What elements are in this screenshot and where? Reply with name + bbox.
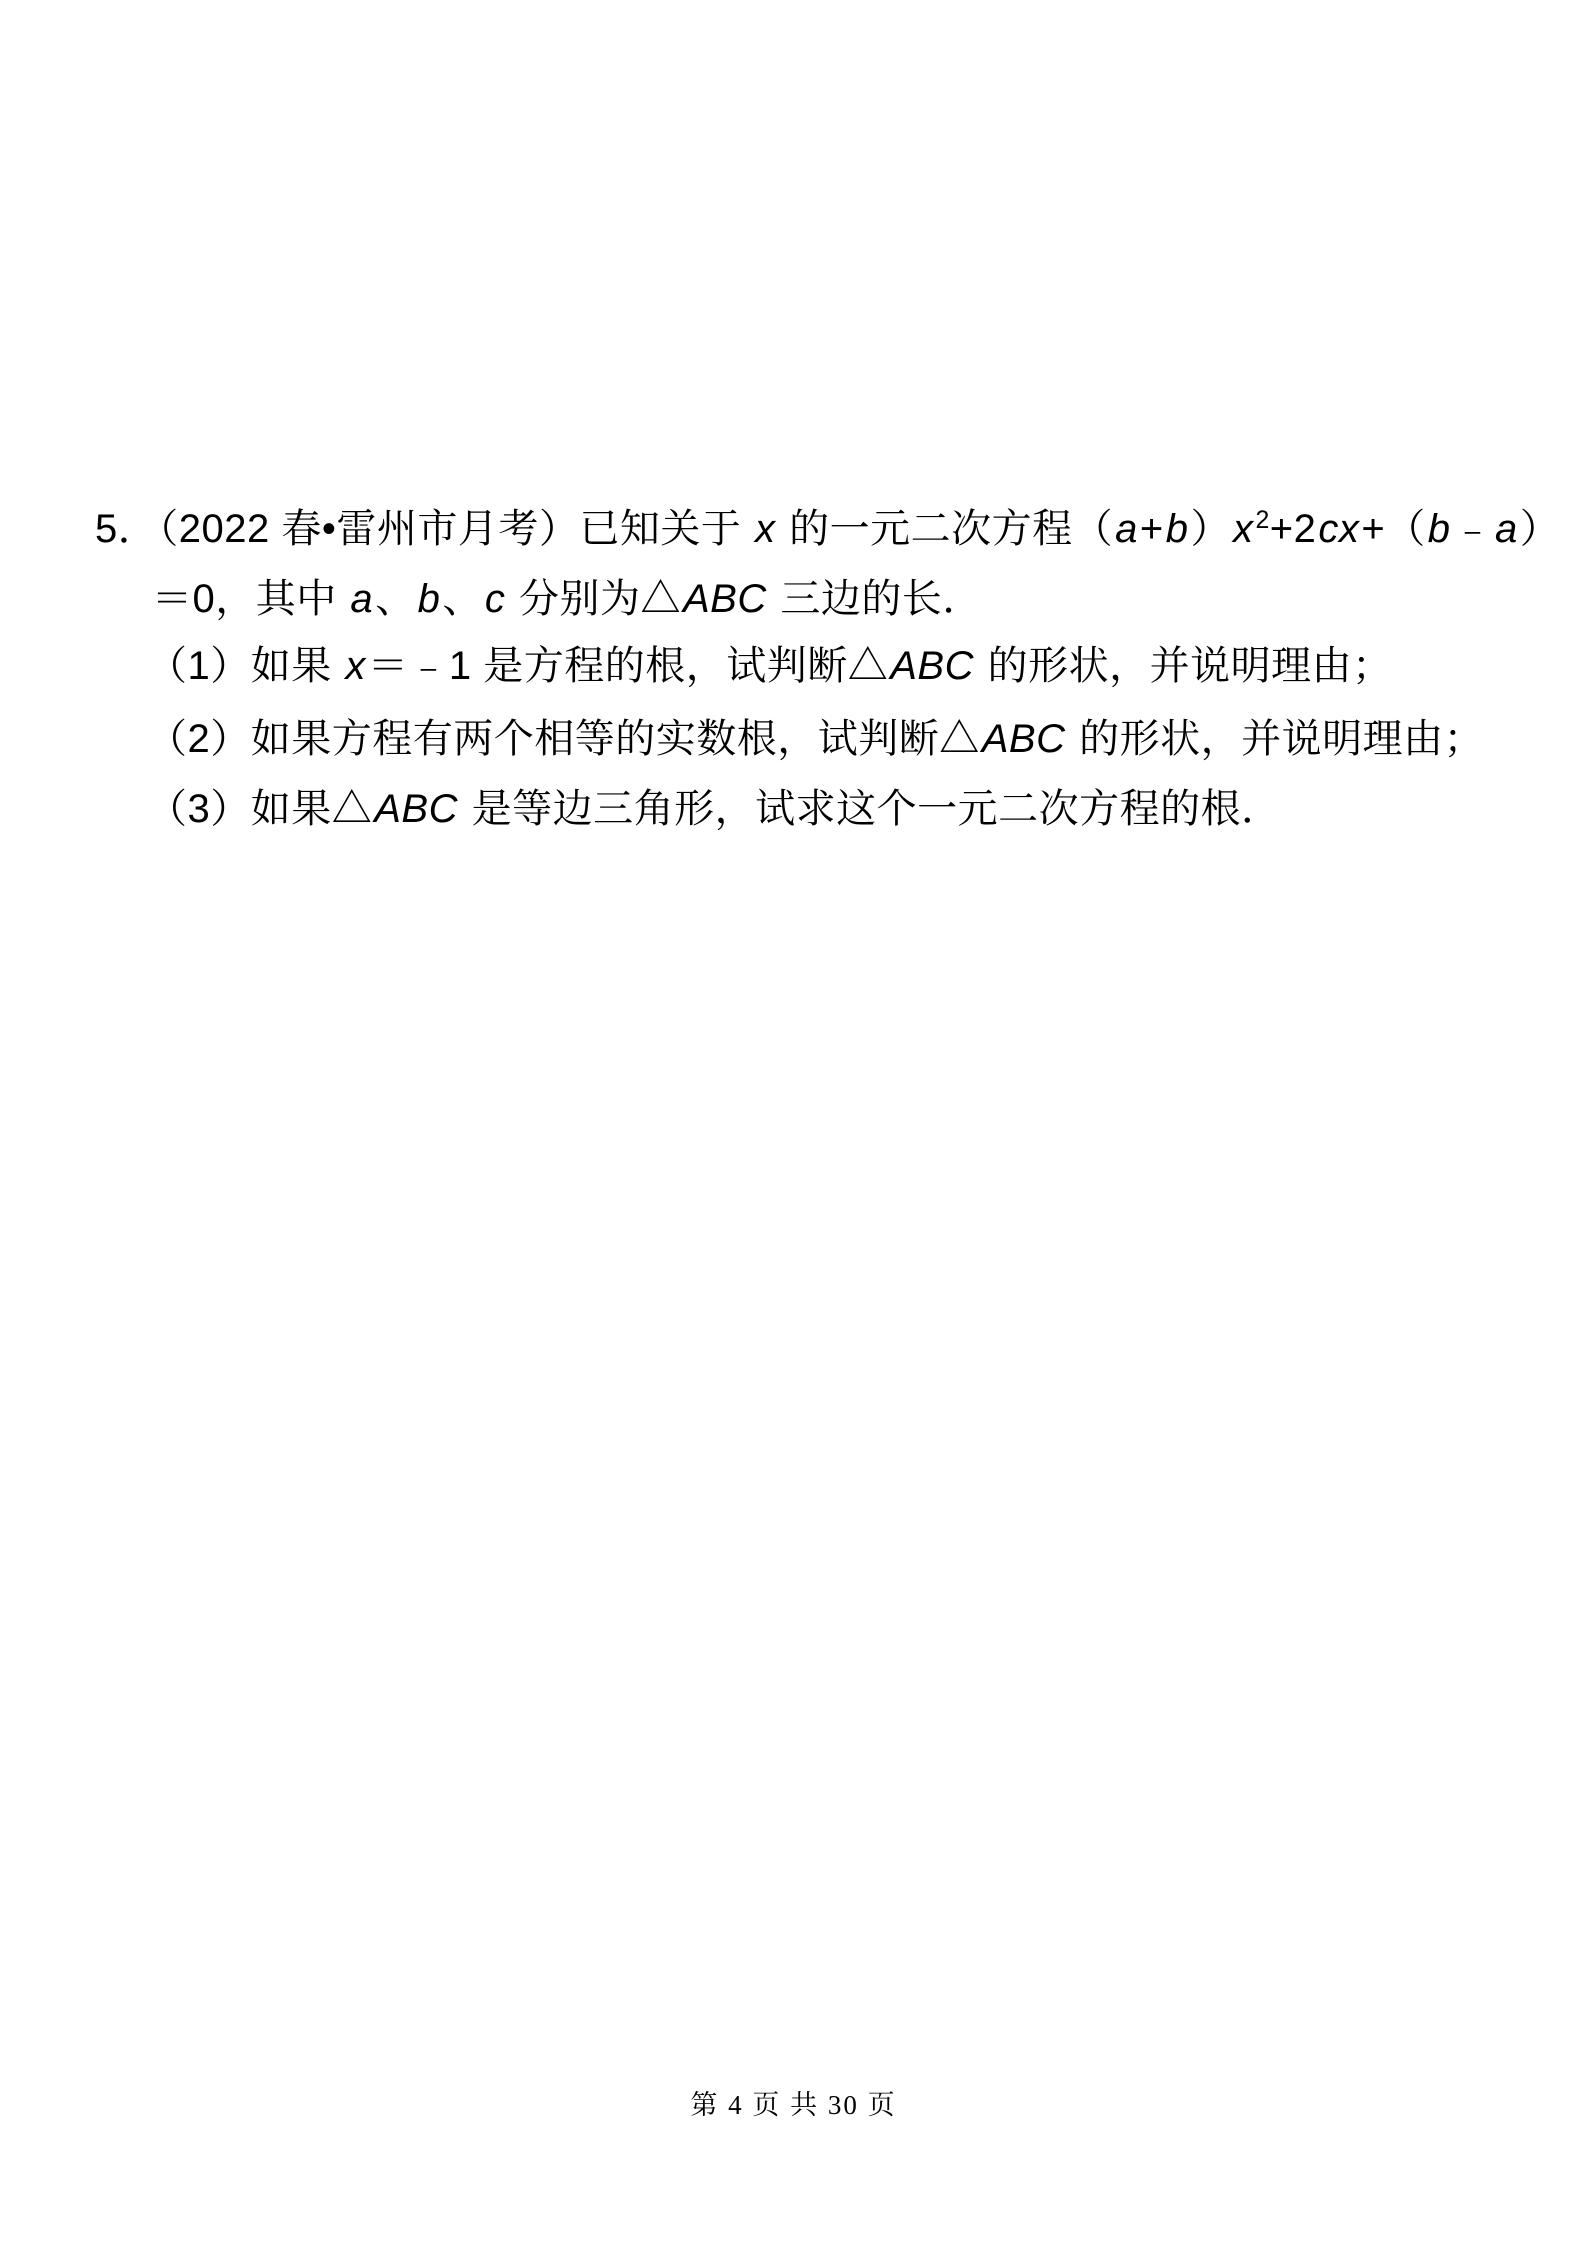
text-segment: （3）如果△ [147, 787, 372, 831]
text-segment: 是等边三角形，试求这个一元二次方程的根． [460, 787, 1282, 831]
text-segment: ＝﹣1 是方程的根，试判断△ [368, 644, 888, 688]
text-segment: 5．（2022 春•雷州市月考）已知关于 [95, 507, 753, 551]
text-segment: （2）如果方程有两个相等的实数根，试判断△ [147, 717, 980, 761]
problem-statement-line-1: 5．（2022 春•雷州市月考）已知关于 x 的一元二次方程（a+b）x2+2c… [95, 503, 1560, 555]
text-segment: 的形状，并说明理由； [976, 644, 1393, 688]
math-variable: c [483, 577, 508, 621]
problem-subquestion-2: （2）如果方程有两个相等的实数根，试判断△ABC 的形状，并说明理由； [147, 713, 1484, 765]
page-footer: 第 4 页 共 30 页 [0, 2083, 1587, 2122]
math-variable: a [348, 577, 375, 621]
math-variable: ABC [681, 577, 769, 621]
math-variable: a [1493, 507, 1520, 551]
math-variable: cx [1316, 507, 1361, 551]
text-segment: 、 [375, 577, 416, 621]
text-segment: 三边的长． [769, 577, 983, 621]
math-variable: ABC [372, 787, 460, 831]
math-variable: x [343, 644, 368, 688]
text-segment: ﹣ [1452, 507, 1493, 551]
text-segment: ） [1520, 507, 1561, 551]
text-segment: +2 [1270, 507, 1317, 551]
text-segment: 的形状，并说明理由； [1068, 717, 1485, 761]
text-segment: ＝0，其中 [152, 577, 348, 621]
problem-subquestion-1: （1）如果 x＝﹣1 是方程的根，试判断△ABC 的形状，并说明理由； [147, 640, 1393, 692]
text-segment: ） [1190, 507, 1231, 551]
math-variable: b [1426, 507, 1453, 551]
math-variable: ABC [888, 644, 976, 688]
text-segment: +（ [1361, 507, 1425, 551]
math-variable: ABC [980, 717, 1068, 761]
text-segment: （1）如果 [147, 644, 343, 688]
math-variable: a [1113, 507, 1140, 551]
math-variable: x [753, 507, 778, 551]
text-segment: 、 [442, 577, 483, 621]
math-variable: b [1164, 507, 1191, 551]
math-variable: b [416, 577, 443, 621]
text-segment: + [1140, 507, 1164, 551]
math-variable: x [1231, 507, 1256, 551]
document-page: 5．（2022 春•雷州市月考）已知关于 x 的一元二次方程（a+b）x2+2c… [0, 0, 1587, 2245]
problem-subquestion-3: （3）如果△ABC 是等边三角形，试求这个一元二次方程的根． [147, 783, 1282, 835]
text-segment: 的一元二次方程（ [777, 507, 1113, 551]
page-number-text: 第 4 页 共 30 页 [690, 2090, 896, 2120]
superscript-exponent: 2 [1255, 507, 1269, 534]
problem-statement-line-2: ＝0，其中 a、b、c 分别为△ABC 三边的长． [152, 573, 983, 625]
text-segment: 分别为△ [507, 577, 681, 621]
